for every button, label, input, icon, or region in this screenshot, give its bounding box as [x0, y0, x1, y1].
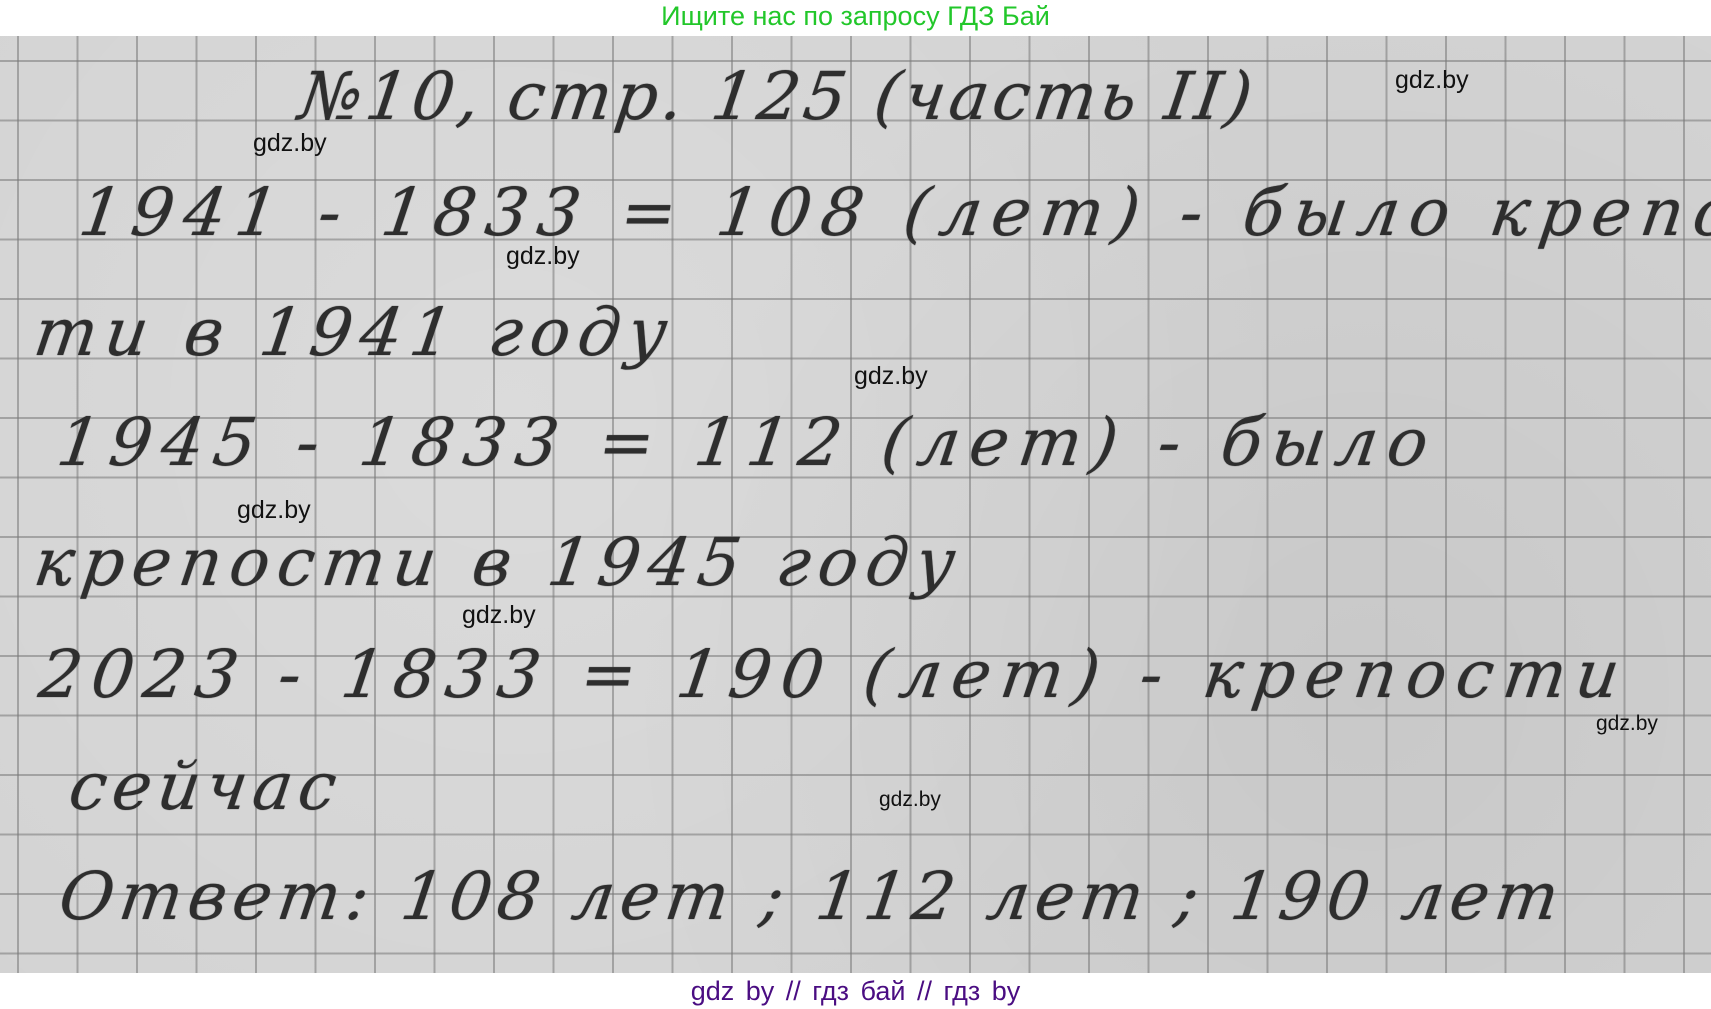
- top-banner: Ищите нас по запросу ГДЗ Бай: [0, 0, 1711, 36]
- solution-line-5: 2023 - 1833 = 190 (лет) - крепости: [35, 636, 1635, 713]
- watermark: gdz.by: [506, 242, 580, 271]
- watermark: gdz.by: [1395, 66, 1469, 95]
- watermark: gdz.by: [854, 362, 928, 391]
- solution-line-2: ти в 1941 году: [30, 294, 680, 371]
- solution-line-4: крепости в 1945 году: [30, 524, 968, 601]
- exercise-title: №10, стр. 125 (часть II): [295, 58, 1261, 135]
- bottom-banner: gdz by // гдз бай // гдз by: [0, 973, 1711, 1009]
- watermark: gdz.by: [879, 788, 941, 812]
- watermark: gdz.by: [253, 129, 327, 158]
- solution-line-6: сейчас: [65, 748, 348, 825]
- notebook-photo: №10, стр. 125 (часть II) 1941 - 1833 = 1…: [0, 36, 1711, 973]
- watermark: gdz.by: [1596, 712, 1658, 736]
- answer-line: Ответ: 108 лет ; 112 лет ; 190 лет: [55, 858, 1570, 935]
- solution-line-1: 1941 - 1833 = 108 (лет) - было крепос-: [75, 174, 1711, 251]
- solution-line-3: 1945 - 1833 = 112 (лет) - было: [53, 404, 1443, 481]
- watermark: gdz.by: [462, 601, 536, 630]
- watermark: gdz.by: [237, 496, 311, 525]
